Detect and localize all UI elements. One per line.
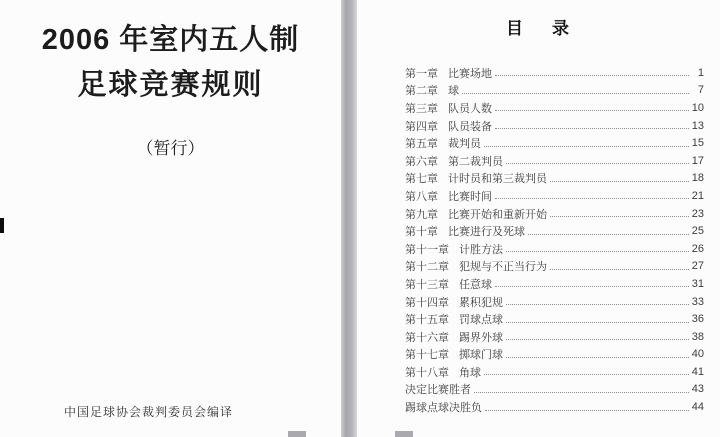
toc-entry-title: 任意球 (459, 276, 492, 292)
toc-entry-title: 比赛开始和重新开始 (448, 206, 547, 222)
toc-dot-leader (550, 181, 689, 182)
toc-entry-page-number: 27 (692, 260, 704, 272)
toc-entry-page-number: 44 (692, 401, 704, 413)
toc-entry-title: 累积犯规 (459, 294, 503, 310)
toc-entry-chapter: 第十八章 (405, 364, 449, 380)
toc-entry-page-number: 33 (692, 296, 704, 308)
toc-entry-page-number: 21 (692, 190, 704, 202)
toc-entry-title: 踢界外球 (459, 329, 503, 345)
toc-entry-chapter: 第五章 (405, 135, 438, 151)
toc-dot-leader (495, 110, 689, 111)
toc-entry[interactable]: 第八章 比赛时间 21 (405, 187, 704, 205)
cover-title-line1: 2006 年室内五人制 (0, 18, 341, 63)
cover-footer-credit: 中国足球协会裁判委员会编译 (0, 403, 319, 420)
toc-entry-title: 队员人数 (448, 100, 492, 116)
toc-entry-page-number: 15 (692, 137, 704, 149)
toc-entry-chapter: 第十章 (405, 223, 438, 239)
toc-dot-leader (506, 339, 689, 340)
cover-page: 2006 年室内五人制 足球竞赛规则 （暂行） 中国足球协会裁判委员会编译 (0, 0, 341, 437)
toc-entry[interactable]: 第一章 比赛场地 1 (405, 64, 704, 82)
toc-entry-page-number: 1 (692, 67, 704, 79)
toc-entry-title: 比赛时间 (448, 188, 492, 204)
toc-entry-title: 犯规与不正当行为 (459, 258, 547, 274)
toc-entry-chapter: 第六章 (405, 153, 438, 169)
toc-entry[interactable]: 第九章 比赛开始和重新开始 23 (405, 205, 704, 223)
toc-dot-leader (495, 286, 689, 287)
toc-list: 第一章 比赛场地 1 第二章 球 7 第三章 队员人数 10 第四章 队员装备 … (405, 64, 704, 416)
toc-entry[interactable]: 第二章 球 7 (405, 82, 704, 100)
toc-entry-title: 计时员和第三裁判员 (448, 170, 547, 186)
toc-entry-page-number: 13 (692, 120, 704, 132)
toc-entry-title: 比赛场地 (448, 65, 492, 81)
toc-dot-leader (528, 234, 689, 235)
toc-entry-chapter: 第十四章 (405, 294, 449, 310)
toc-entry-chapter: 第八章 (405, 188, 438, 204)
toc-entry-title: 队员装备 (448, 118, 492, 134)
toc-dot-leader (485, 410, 689, 411)
toc-entry[interactable]: 第五章 裁判员 15 (405, 134, 704, 152)
toc-entry[interactable]: 第三章 队员人数 10 (405, 99, 704, 117)
toc-entry-chapter: 第一章 (405, 65, 438, 81)
toc-entry-title: 第二裁判员 (448, 153, 503, 169)
toc-entry[interactable]: 第十八章 角球 41 (405, 363, 704, 381)
toc-dot-leader (506, 357, 689, 358)
toc-entry-title: 掷球门球 (459, 346, 503, 362)
toc-entry[interactable]: 第四章 队员装备 13 (405, 117, 704, 135)
toc-entry-page-number: 25 (692, 225, 704, 237)
toc-entry-page-number: 23 (692, 208, 704, 220)
toc-dot-leader (462, 93, 689, 94)
cover-title-line2: 足球竞赛规则 (0, 63, 341, 108)
toc-dot-leader (506, 163, 689, 164)
toc-entry-chapter: 第十二章 (405, 258, 449, 274)
toc-entry[interactable]: 决定比赛胜者 43 (405, 381, 704, 399)
toc-entry[interactable]: 第十章 比赛进行及死球 25 (405, 222, 704, 240)
toc-dot-leader (484, 146, 689, 147)
toc-entry-page-number: 36 (692, 313, 704, 325)
toc-dot-leader (506, 322, 689, 323)
toc-dot-leader (495, 75, 689, 76)
toc-entry[interactable]: 第十四章 累积犯规 33 (405, 293, 704, 311)
toc-entry-title: 裁判员 (448, 135, 481, 151)
toc-entry-title: 决定比赛胜者 (405, 381, 471, 397)
toc-entry-title: 比赛进行及死球 (448, 223, 525, 239)
toc-entry[interactable]: 第七章 计时员和第三裁判员 18 (405, 170, 704, 188)
toc-entry-page-number: 26 (692, 243, 704, 255)
cover-subtitle: （暂行） (0, 139, 341, 159)
toc-entry-title: 角球 (459, 364, 481, 380)
toc-entry[interactable]: 第六章 第二裁判员 17 (405, 152, 704, 170)
toc-entry[interactable]: 踢球点球决胜负 44 (405, 398, 704, 416)
toc-entry-title: 球 (448, 82, 459, 98)
toc-entry-chapter: 第十六章 (405, 329, 449, 345)
toc-entry-chapter: 第四章 (405, 118, 438, 134)
toc-heading: 目 录 (357, 14, 720, 39)
left-edge-mark (0, 218, 4, 233)
toc-entry-page-number: 40 (692, 348, 704, 360)
toc-entry-chapter: 第十三章 (405, 276, 449, 292)
toc-entry[interactable]: 第十七章 掷球门球 40 (405, 346, 704, 364)
toc-entry-page-number: 38 (692, 331, 704, 343)
toc-entry-chapter: 第十五章 (405, 311, 449, 327)
toc-entry-page-number: 18 (692, 172, 704, 184)
toc-entry-chapter: 第九章 (405, 206, 438, 222)
toc-entry-chapter: 第七章 (405, 170, 438, 186)
toc-entry-page-number: 7 (692, 84, 704, 96)
toc-dot-leader (484, 374, 689, 375)
toc-dot-leader (550, 269, 689, 270)
page-gutter-divider (341, 0, 357, 437)
toc-entry-chapter: 第十七章 (405, 346, 449, 362)
toc-entry-chapter: 第十一章 (405, 241, 449, 257)
toc-entry-title: 踢球点球决胜负 (405, 399, 482, 415)
toc-entry-chapter: 第三章 (405, 100, 438, 116)
toc-dot-leader (506, 251, 689, 252)
toc-entry-page-number: 41 (692, 366, 704, 378)
toc-entry-page-number: 31 (692, 278, 704, 290)
toc-page: 目 录 第一章 比赛场地 1 第二章 球 7 第三章 队员人数 10 第四章 队… (357, 0, 720, 437)
toc-entry[interactable]: 第十五章 罚球点球 36 (405, 310, 704, 328)
toc-dot-leader (495, 128, 689, 129)
toc-entry-page-number: 17 (692, 155, 704, 167)
toc-entry-title: 计胜方法 (459, 241, 503, 257)
toc-dot-leader (506, 304, 689, 305)
bottom-page-edge-right (395, 431, 413, 437)
toc-entry-page-number: 10 (692, 102, 704, 114)
toc-entry[interactable]: 第十三章 任意球 31 (405, 275, 704, 293)
toc-entry-title: 罚球点球 (459, 311, 503, 327)
toc-dot-leader (474, 392, 689, 393)
toc-dot-leader (495, 198, 689, 199)
toc-dot-leader (550, 216, 689, 217)
bottom-page-edge-left (288, 431, 306, 437)
toc-entry-chapter: 第二章 (405, 82, 438, 98)
toc-entry[interactable]: 第十二章 犯规与不正当行为 27 (405, 258, 704, 276)
toc-entry[interactable]: 第十一章 计胜方法 26 (405, 240, 704, 258)
toc-entry-page-number: 43 (692, 383, 704, 395)
toc-entry[interactable]: 第十六章 踢界外球 38 (405, 328, 704, 346)
